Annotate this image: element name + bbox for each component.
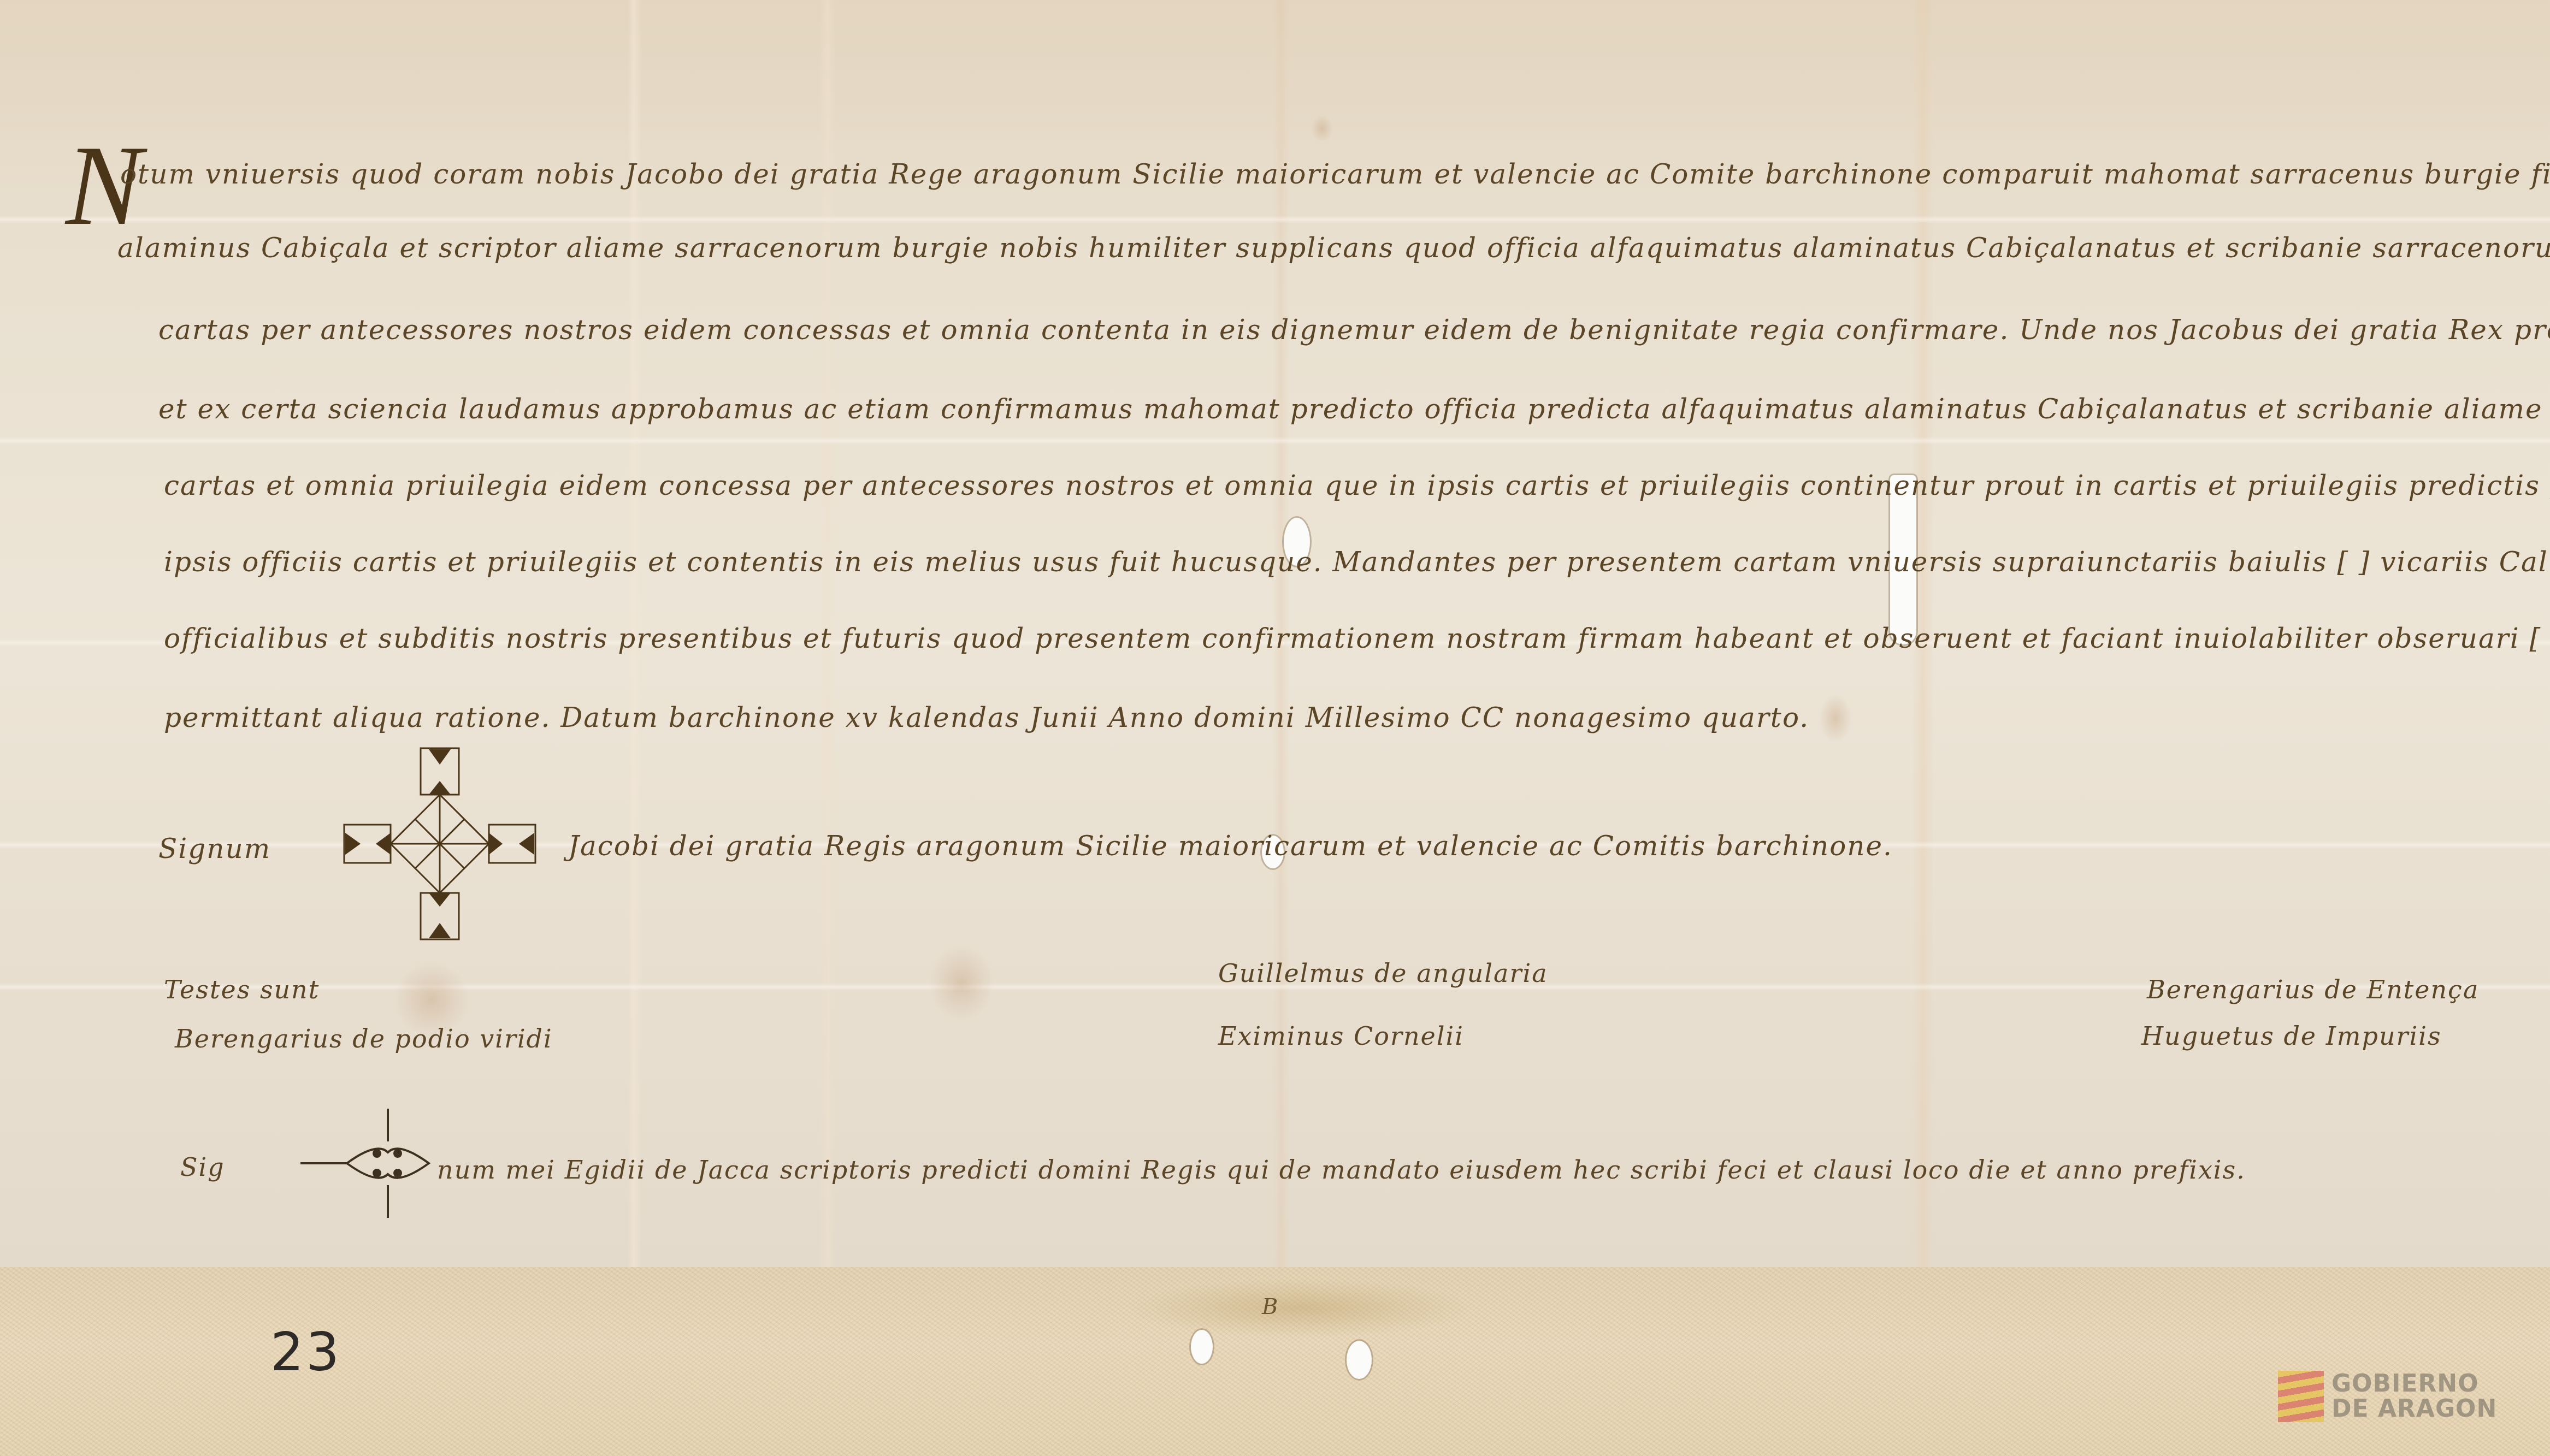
text-line-1: otum vniuersis quod coram nobis Jacobo d… [120, 158, 2550, 190]
text-line-2: alaminus Cabiçala et scriptor aliame sar… [117, 232, 2550, 264]
fold-line [0, 216, 2550, 223]
signum-text: Jacobi dei gratia Regis aragonum Sicilie… [568, 830, 1893, 862]
stain [929, 945, 994, 1021]
witness-name: Eximinus Cornelii [1218, 1021, 1464, 1051]
text-line-7: officialibus et subditis nostris present… [164, 623, 2550, 654]
stain [1125, 1278, 1475, 1338]
watermark-line-1: GOBIERNO [2331, 1371, 2497, 1396]
notary-subscription-text: num mei Egidii de Jacca scriptoris predi… [437, 1155, 2246, 1185]
witness-name: Huguetus de Impuriis [2141, 1021, 2442, 1051]
backing-hole [1191, 1330, 1213, 1364]
text-line-5: cartas et omnia priuilegia eidem concess… [164, 470, 2550, 501]
witness-name: Guillelmus de angularia [1218, 958, 1548, 988]
archive-number: 23 [270, 1322, 341, 1383]
notary-sig-prefix: Sig [180, 1152, 225, 1182]
witnesses-heading: Testes sunt [164, 975, 320, 1004]
witness-name: Berengarius de Entença [2147, 975, 2479, 1004]
watermark-text: GOBIERNO DE ARAGON [2331, 1371, 2497, 1422]
text-line-3: cartas per antecessores nostros eidem co… [158, 314, 2550, 346]
text-line-6: ipsis officiis cartis et priuilegiis et … [164, 546, 2550, 578]
gobierno-de-aragon-watermark: GOBIERNO DE ARAGON [2278, 1371, 2497, 1422]
stain [1819, 694, 1852, 743]
fold-line [0, 437, 2550, 445]
backing-hole [1347, 1341, 1372, 1379]
watermark-line-2: DE ARAGON [2331, 1396, 2497, 1422]
text-line-4: et ex certa sciencia laudamus approbamus… [158, 393, 2550, 425]
backing-mark: B [1262, 1294, 1279, 1319]
royal-signum-cross-icon [339, 743, 541, 945]
witness-name: Berengarius de podio viridi [175, 1024, 553, 1053]
stain [1311, 115, 1333, 142]
text-line-8: permittant aliqua ratione. Datum barchin… [164, 702, 1809, 733]
signum-label: Signum [158, 833, 271, 865]
aragon-flag-icon [2278, 1371, 2324, 1422]
